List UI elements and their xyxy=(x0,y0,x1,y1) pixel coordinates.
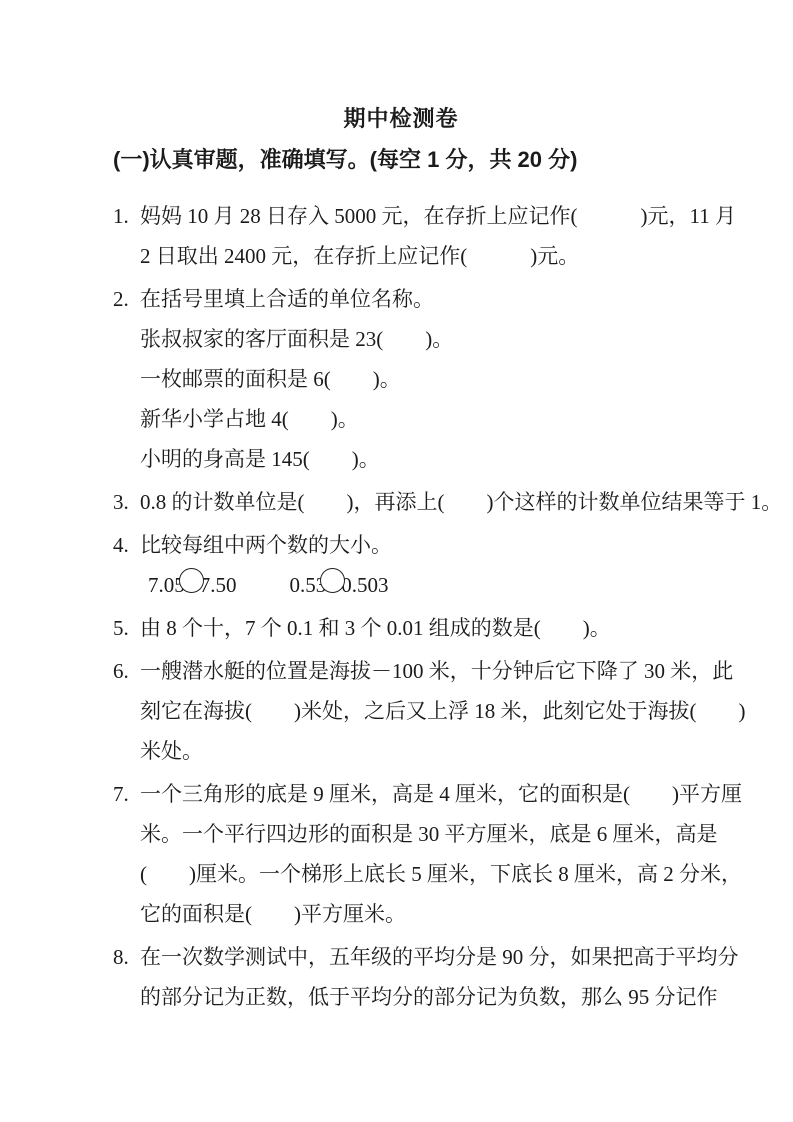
question-number: 2. xyxy=(113,279,140,319)
question-line: 新华小学占地 4( )。 xyxy=(113,399,689,439)
comparison-right-value: 7.50 xyxy=(200,573,237,597)
page-title: 期中检测卷 xyxy=(113,106,689,132)
question-line: 米处。 xyxy=(113,731,689,771)
question-line: ( )厘米。一个梯形上底长 5 厘米，下底长 8 厘米，高 2 分米， xyxy=(113,854,689,894)
question-line: 2.在括号里填上合适的单位名称。 xyxy=(113,279,689,319)
comparison-circle xyxy=(320,568,345,593)
question-3: 3.0.8 的计数单位是( )，再添上( )个这样的计数单位结果等于 1。 xyxy=(113,482,689,522)
comparison-right-value: 0.503 xyxy=(341,573,388,597)
question-text: 妈妈 10 月 28 日存入 5000 元，在存折上应记作( )元，11 月 xyxy=(140,204,736,228)
question-number: 1. xyxy=(113,196,140,236)
question-line: 的部分记为正数，低于平均分的部分记为负数，那么 95 分记作 xyxy=(113,977,689,1017)
question-line: 它的面积是( )平方厘米。 xyxy=(113,894,689,934)
question-text: 由 8 个十，7 个 0.1 和 3 个 0.01 组成的数是( )。 xyxy=(140,616,611,640)
question-text: 0.8 的计数单位是( )，再添上( )个这样的计数单位结果等于 1。 xyxy=(140,490,782,514)
question-6: 6.一艘潜水艇的位置是海拔－100 米，十分钟后它下降了 30 米，此 刻它在海… xyxy=(113,651,689,771)
question-5: 5.由 8 个十，7 个 0.1 和 3 个 0.01 组成的数是( )。 xyxy=(113,608,689,648)
question-number: 5. xyxy=(113,608,140,648)
question-line: 2 日取出 2400 元，在存折上应记作( )元。 xyxy=(113,236,689,276)
question-line: 刻它在海拔( )米处，之后又上浮 18 米，此刻它处于海拔( ) xyxy=(113,691,689,731)
question-number: 8. xyxy=(113,937,140,977)
question-number: 3. xyxy=(113,482,140,522)
question-number: 4. xyxy=(113,525,140,565)
question-1: 1.妈妈 10 月 28 日存入 5000 元，在存折上应记作( )元，11 月… xyxy=(113,196,689,276)
question-line: 3.0.8 的计数单位是( )，再添上( )个这样的计数单位结果等于 1。 xyxy=(113,482,689,522)
question-8: 8.在一次数学测试中，五年级的平均分是 90 分，如果把高于平均分 的部分记为正… xyxy=(113,937,689,1017)
exam-paper: 期中检测卷 (一)认真审题，准确填写。(每空 1 分，共 20 分) 1.妈妈 … xyxy=(0,0,793,1122)
comparison-row: 7.057.500.530.503 xyxy=(113,565,689,605)
question-line: 张叔叔家的客厅面积是 23( )。 xyxy=(113,319,689,359)
question-line: 6.一艘潜水艇的位置是海拔－100 米，十分钟后它下降了 30 米，此 xyxy=(113,651,689,691)
question-number: 6. xyxy=(113,651,140,691)
question-list: 1.妈妈 10 月 28 日存入 5000 元，在存折上应记作( )元，11 月… xyxy=(113,196,689,1017)
question-text: 在括号里填上合适的单位名称。 xyxy=(140,287,434,311)
question-7: 7.一个三角形的底是 9 厘米，高是 4 厘米，它的面积是( )平方厘 米。一个… xyxy=(113,774,689,934)
question-text: 比较每组中两个数的大小。 xyxy=(140,533,392,557)
question-line: 小明的身高是 145( )。 xyxy=(113,439,689,479)
question-text: 一艘潜水艇的位置是海拔－100 米，十分钟后它下降了 30 米，此 xyxy=(140,659,733,683)
question-line: 7.一个三角形的底是 9 厘米，高是 4 厘米，它的面积是( )平方厘 xyxy=(113,774,689,814)
comparison-circle xyxy=(179,568,204,593)
question-text: 一个三角形的底是 9 厘米，高是 4 厘米，它的面积是( )平方厘 xyxy=(140,782,742,806)
question-line: 5.由 8 个十，7 个 0.1 和 3 个 0.01 组成的数是( )。 xyxy=(113,608,689,648)
question-text: 在一次数学测试中，五年级的平均分是 90 分，如果把高于平均分 xyxy=(140,945,739,969)
question-line: 4.比较每组中两个数的大小。 xyxy=(113,525,689,565)
question-line: 8.在一次数学测试中，五年级的平均分是 90 分，如果把高于平均分 xyxy=(113,937,689,977)
section-header: (一)认真审题，准确填写。(每空 1 分，共 20 分) xyxy=(113,146,689,174)
question-line: 1.妈妈 10 月 28 日存入 5000 元，在存折上应记作( )元，11 月 xyxy=(113,196,689,236)
question-number: 7. xyxy=(113,774,140,814)
question-4: 4.比较每组中两个数的大小。 7.057.500.530.503 xyxy=(113,525,689,605)
question-line: 一枚邮票的面积是 6( )。 xyxy=(113,359,689,399)
question-2: 2.在括号里填上合适的单位名称。 张叔叔家的客厅面积是 23( )。 一枚邮票的… xyxy=(113,279,689,479)
question-line: 米。一个平行四边形的面积是 30 平方厘米，底是 6 厘米，高是 xyxy=(113,814,689,854)
